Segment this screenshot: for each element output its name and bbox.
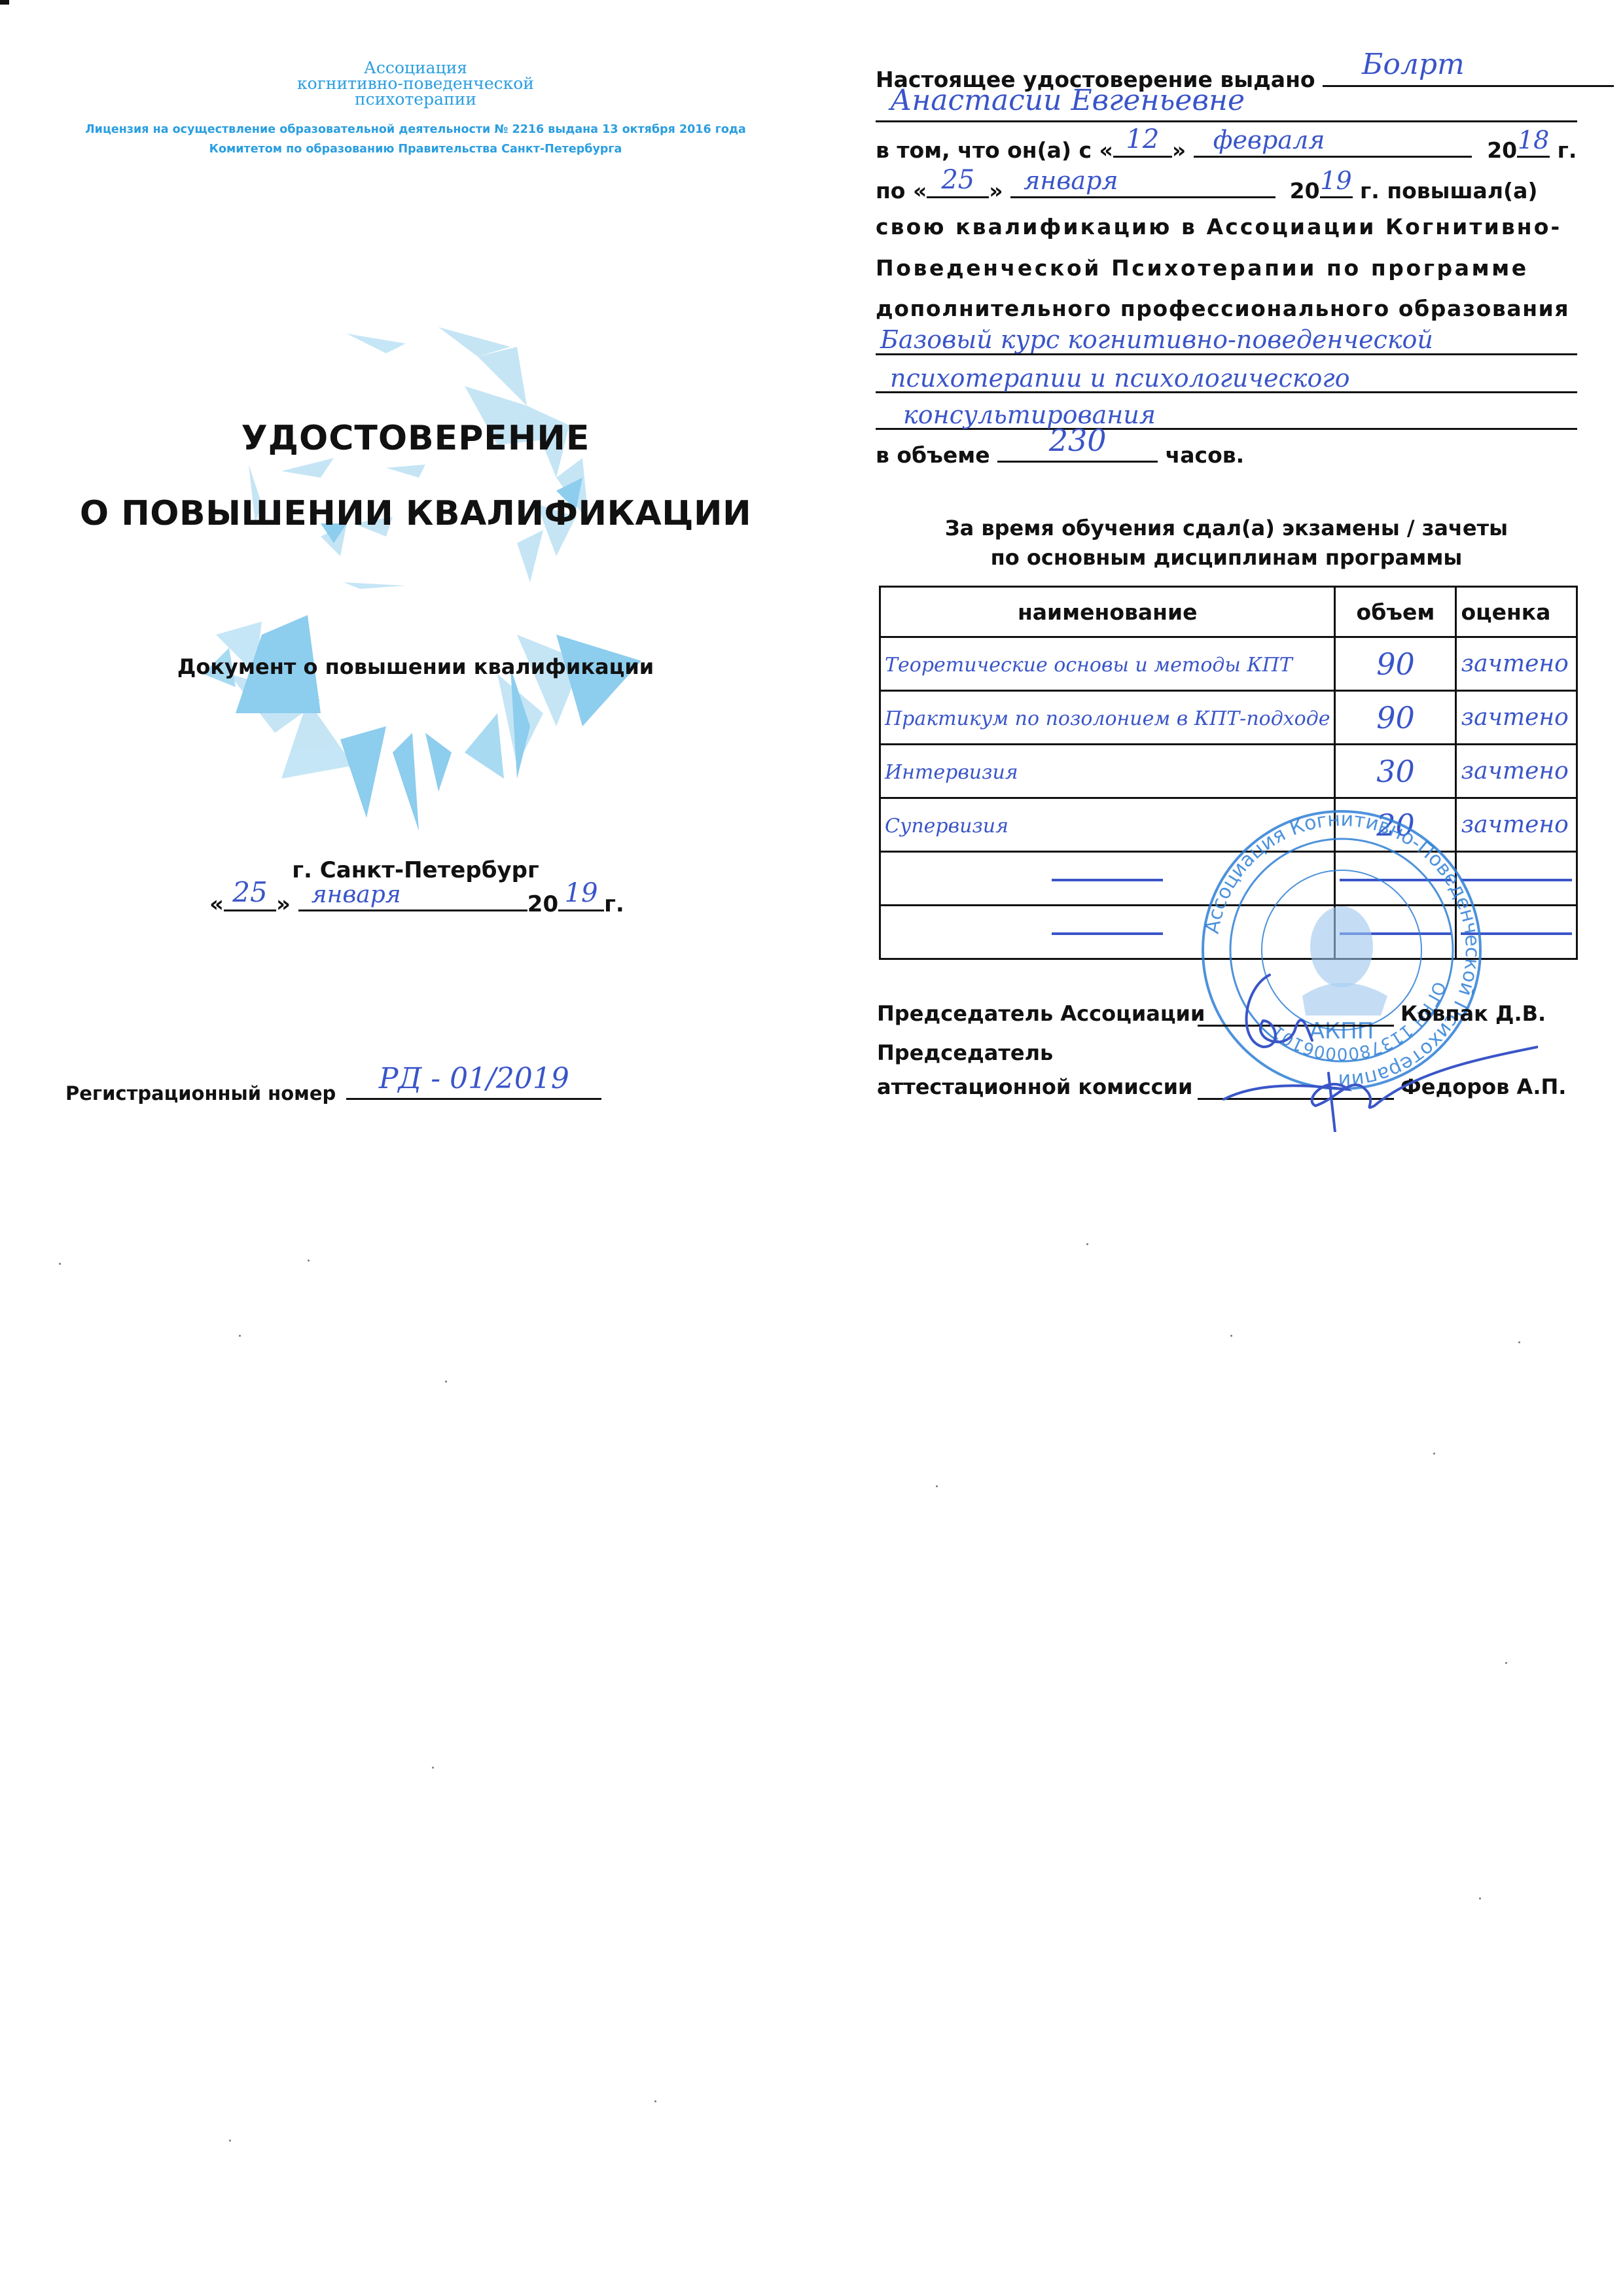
program-name-line-2: психотерапии и психологического [890, 364, 1592, 393]
column-header-hours: объем [1335, 587, 1456, 637]
registration-label: Регистрационный номер [65, 1082, 336, 1104]
certificate-subtitle: Документ о повышении квалификации [0, 654, 831, 679]
issue-date: «25» января2019г. [209, 885, 624, 917]
exam-name-cell[interactable]: Теоретические основы и методы КПТ [880, 637, 1335, 691]
column-header-name: наименование [880, 587, 1335, 637]
speck [654, 2100, 656, 2102]
speck [308, 1260, 310, 1262]
dash-mark [1052, 879, 1163, 881]
chair-signature-line: Председатель Ассоциации Ковпак Д.В. [877, 1001, 1205, 1026]
from-day-field[interactable]: 12 [1113, 131, 1172, 158]
chair-label: Председатель Ассоциации [877, 1001, 1205, 1026]
issue-city: г. Санкт-Петербург [0, 857, 831, 883]
exam-grade-cell[interactable]: зачтено [1456, 691, 1577, 745]
registration-number: Регистрационный номер РД - 01/2019 [65, 1073, 601, 1104]
speck [1518, 1341, 1520, 1343]
exam-hours-cell[interactable]: 30 [1335, 745, 1456, 798]
exams-title: За время обучения сдал(а) экзамены / зач… [876, 514, 1577, 573]
from-year-field[interactable]: 18 [1517, 131, 1550, 158]
dash-mark [1052, 932, 1163, 935]
commission-label-1: Председатель [877, 1040, 1053, 1065]
table-row: Теоретические основы и методы КПТ90зачте… [880, 637, 1577, 691]
commission-signature-line: аттестационной комиссии Федоров А.П. [877, 1074, 1192, 1099]
speck [59, 1263, 61, 1265]
organization-name: Ассоциация когнитивно-поведенческой псих… [0, 60, 831, 107]
volume-hours-field[interactable]: 230 [997, 436, 1158, 463]
geometric-portrait-watermark [190, 308, 661, 844]
issue-month-field[interactable]: января [298, 885, 527, 911]
exam-hours-cell[interactable]: 90 [1335, 637, 1456, 691]
to-year-field[interactable]: 19 [1320, 171, 1353, 198]
speck [1086, 1243, 1088, 1245]
period-to-line: по «25» января 2019 г. повышал(а) [876, 171, 1577, 203]
column-header-grade: оценка [1456, 587, 1577, 637]
speck [229, 2140, 231, 2142]
table-row: Практикум по позолонием в КПТ-подходе90з… [880, 691, 1577, 745]
issue-year-field[interactable]: 19 [558, 885, 604, 911]
surname-field[interactable]: Болрт [1323, 60, 1614, 87]
exam-grade-cell[interactable]: зачтено [1456, 637, 1577, 691]
speck [1505, 1662, 1507, 1664]
speck [445, 1381, 447, 1383]
volume-line: в объеме 230 часов. [876, 436, 1577, 468]
body-text-line-3: дополнительного профессионального образо… [876, 296, 1577, 321]
certificate-title: УДОСТОВЕРЕНИЕ [0, 419, 831, 458]
period-from-line: в том, что он(а) с «12» февраля 2018 г. [876, 131, 1577, 163]
speck [1230, 1335, 1232, 1337]
commission-label-2: аттестационной комиссии [877, 1074, 1192, 1099]
program-name-line-1: Базовый курс когнитивно-поведенческой [880, 325, 1582, 354]
body-text-line-1: свою квалификацию в Ассоциации Когнитивн… [876, 214, 1577, 239]
exam-name-cell[interactable]: Интервизия [880, 745, 1335, 798]
handwritten-signatures [1198, 949, 1538, 1132]
scan-corner-mark [0, 0, 9, 5]
to-month-field[interactable]: января [1010, 171, 1275, 198]
registration-number-field[interactable]: РД - 01/2019 [346, 1073, 601, 1100]
from-month-field[interactable]: февраля [1194, 131, 1472, 158]
license-text: Лицензия на осуществление образовательно… [0, 120, 831, 159]
speck [432, 1767, 434, 1769]
exam-hours-cell[interactable]: 90 [1335, 691, 1456, 745]
table-header-row: наименование объем оценка [880, 587, 1577, 637]
speck [1433, 1453, 1435, 1455]
table-row: Интервизия30зачтено [880, 745, 1577, 798]
issue-day-field[interactable]: 25 [224, 885, 276, 911]
speck [936, 1485, 938, 1487]
speck [239, 1335, 241, 1337]
given-names-line[interactable] [876, 120, 1577, 122]
body-text-line-2: Поведенческой Психотерапии по программе [876, 255, 1577, 281]
given-names-value: Анастасии Евгеньевне [890, 84, 1592, 117]
to-day-field[interactable]: 25 [927, 171, 989, 198]
certificate-title-line-2: О ПОВЫШЕНИИ КВАЛИФИКАЦИИ [0, 494, 831, 533]
exam-grade-cell[interactable]: зачтено [1456, 745, 1577, 798]
exam-name-cell[interactable]: Практикум по позолонием в КПТ-подходе [880, 691, 1335, 745]
speck [1479, 1898, 1481, 1899]
